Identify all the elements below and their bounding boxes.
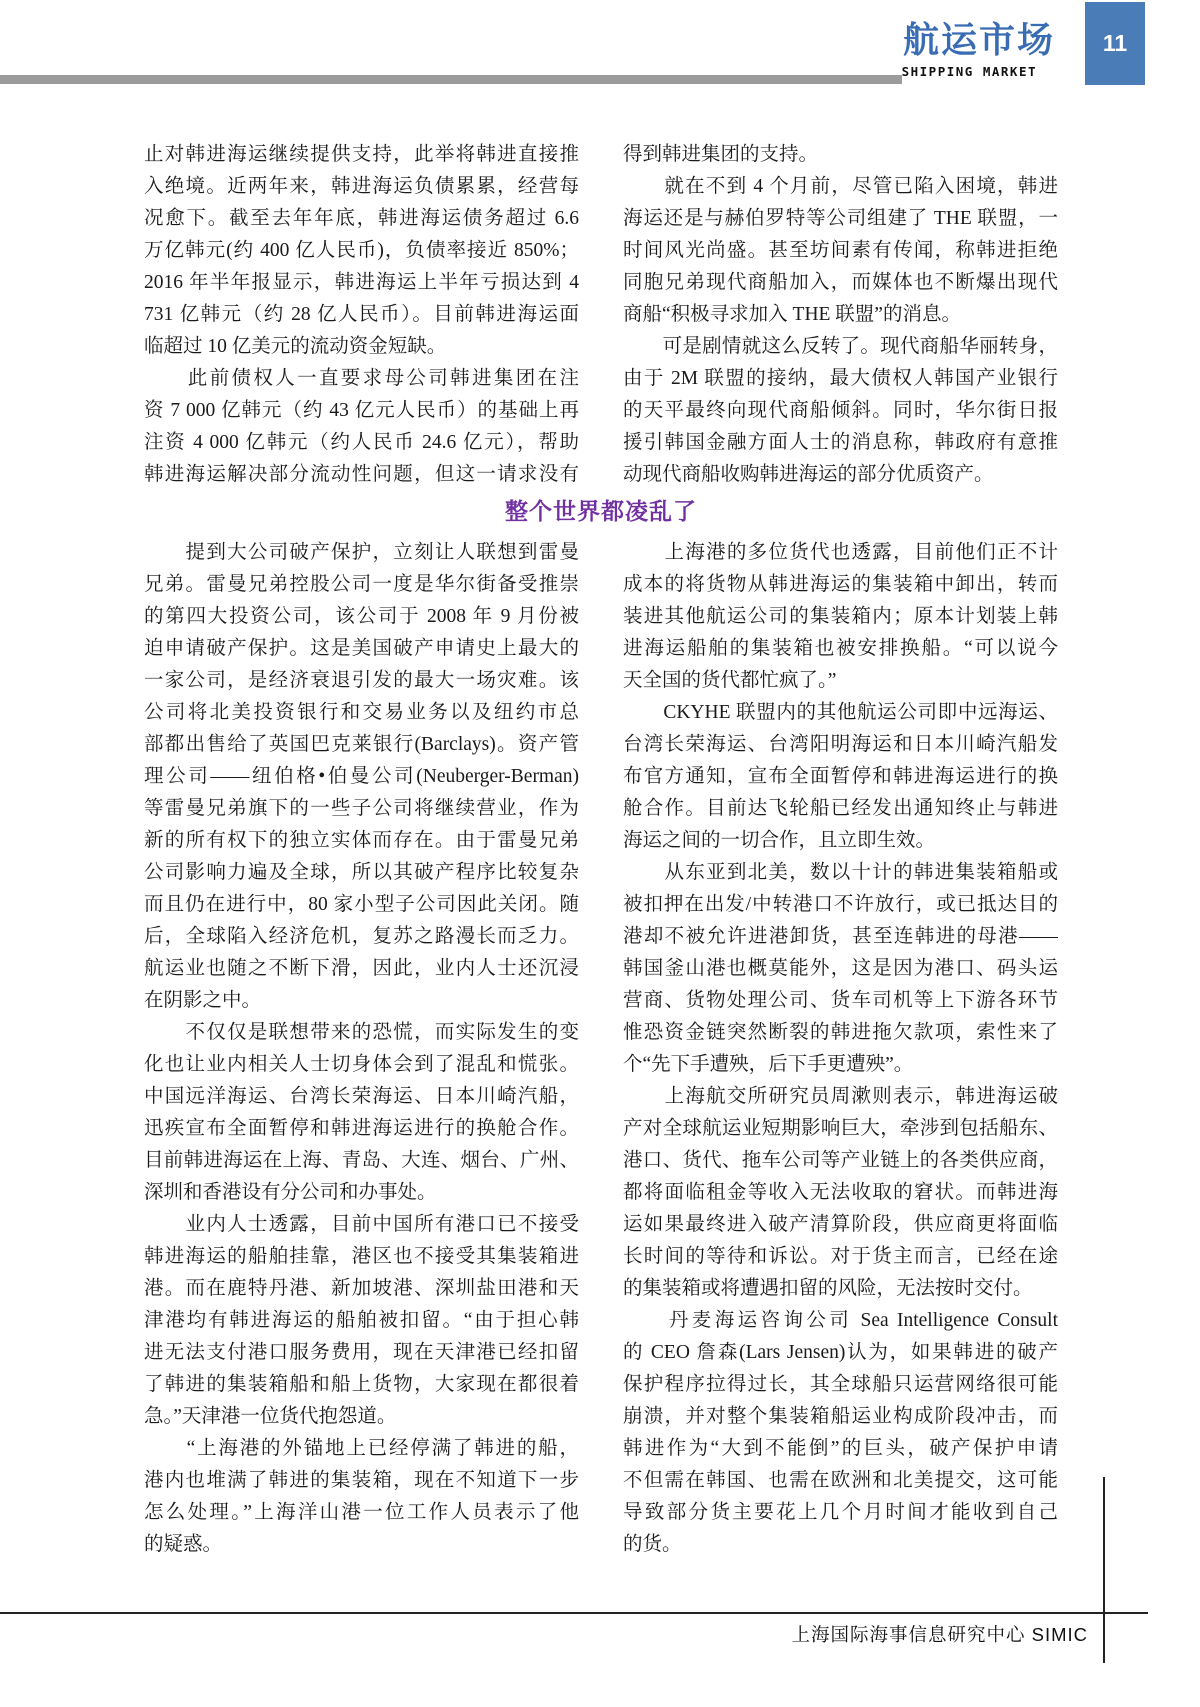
text-line: 提到大公司破产保护，立刻让人联想到雷曼 xyxy=(144,537,579,569)
text-line: 港。而在鹿特丹港、新加坡港、深圳盐田港和天 xyxy=(144,1273,579,1305)
page-number-badge: 11 xyxy=(1085,2,1145,85)
text-line: CKYHE 联盟内的其他航运公司即中远海运、 xyxy=(623,697,1058,729)
page-section-subtitle: SHIPPING MARKET xyxy=(902,64,1037,79)
text-line: 运如果最终进入破产清算阶段，供应商更将面临 xyxy=(623,1209,1058,1241)
text-line: 保护程序拉得过长，其全球船只运营网络很可能 xyxy=(623,1369,1058,1401)
text-line: 上海港的多位货代也透露，目前他们正不计 xyxy=(623,537,1058,569)
text-line: 个“先下手遭殃，后下手更遭殃”。 xyxy=(623,1049,1058,1081)
text-line: 而且仍在进行中，80 家小型子公司因此关闭。随 xyxy=(144,889,579,921)
text-line: 就在不到 4 个月前，尽管已陷入困境，韩进 xyxy=(623,171,1058,203)
text-line: 产对全球航运业短期影响巨大，牵涉到包括船东、 xyxy=(623,1113,1058,1145)
text-line: 海运还是与赫伯罗特等公司组建了 THE 联盟，一 xyxy=(623,203,1058,235)
text-line: 迅疾宣布全面暂停和韩进海运进行的换舱合作。 xyxy=(144,1113,579,1145)
text-line: 都将面临租金等收入无法收取的窘状。而韩进海 xyxy=(623,1177,1058,1209)
text-line: 等雷曼兄弟旗下的一些子公司将继续营业，作为 xyxy=(144,793,579,825)
text-line: 了韩进的集装箱船和船上货物，大家现在都很着 xyxy=(144,1369,579,1401)
text-line: 韩进海运的船舶挂靠，港区也不接受其集装箱进 xyxy=(144,1241,579,1273)
text-line: 商船“积极寻求加入 THE 联盟”的消息。 xyxy=(623,299,1058,331)
text-line: 营商、货物处理公司、货车司机等上下游各环节 xyxy=(623,985,1058,1017)
text-line: 由于 2M 联盟的接纳，最大债权人韩国产业银行 xyxy=(623,363,1058,395)
text-line: 的 CEO 詹森(Lars Jensen)认为，如果韩进的破产 xyxy=(623,1337,1058,1369)
section-heading: 整个世界都凌乱了 xyxy=(144,491,1058,531)
text-line: 的货。 xyxy=(623,1529,1058,1561)
text-line: 长时间的等待和诉讼。对于货主而言，已经在途 xyxy=(623,1241,1058,1273)
text-line: 临超过 10 亿美元的流动资金短缺。 xyxy=(144,331,579,363)
text-line: 港口、货代、拖车公司等产业链上的各类供应商， xyxy=(623,1145,1058,1177)
text-line: 公司将北美投资银行和交易业务以及纽约市总 xyxy=(144,697,579,729)
text-line: 天全国的货代都忙疯了。” xyxy=(623,665,1058,697)
text-line: 中国远洋海运、台湾长荣海运、日本川崎汽船， xyxy=(144,1081,579,1113)
text-line: 丹麦海运咨询公司 Sea Intelligence Consult xyxy=(623,1305,1058,1337)
text-line: 的疑惑。 xyxy=(144,1529,579,1561)
text-line: 海运之间的一切合作，且立即生效。 xyxy=(623,825,1058,857)
article-section-2: 提到大公司破产保护，立刻让人联想到雷曼兄弟。雷曼兄弟控股公司一度是华尔街备受推崇… xyxy=(144,537,1058,1561)
text-line: 韩进海运解决部分流动性问题，但这一请求没有 xyxy=(144,459,579,491)
text-line: 此前债权人一直要求母公司韩进集团在注 xyxy=(144,363,579,395)
text-line: 上海航交所研究员周漱则表示，韩进海运破 xyxy=(623,1081,1058,1113)
text-line: 业内人士透露，目前中国所有港口已不接受 xyxy=(144,1209,579,1241)
section1-left-column: 止对韩进海运继续提供支持，此举将韩进直接推入绝境。近两年来，韩进海运负债累累，经… xyxy=(144,139,579,491)
text-line: 况愈下。截至去年年底，韩进海运债务超过 6.6 xyxy=(144,203,579,235)
text-line: 崩溃，并对整个集装箱船运业构成阶段冲击，而 xyxy=(623,1401,1058,1433)
footer-horizontal-rule xyxy=(0,1612,1148,1614)
text-line: 急。”天津港一位货代抱怨道。 xyxy=(144,1401,579,1433)
text-line: 援引韩国金融方面人士的消息称，韩政府有意推 xyxy=(623,427,1058,459)
page-section-title: 航运市场 xyxy=(903,18,1055,61)
text-line: 从东亚到北美，数以十计的韩进集装箱船或 xyxy=(623,857,1058,889)
text-line: 的第四大投资公司，该公司于 2008 年 9 月份被 xyxy=(144,601,579,633)
text-line: 兄弟。雷曼兄弟控股公司一度是华尔街备受推崇 xyxy=(144,569,579,601)
text-line: 资 7 000 亿韩元（约 43 亿元人民币）的基础上再 xyxy=(144,395,579,427)
text-line: 舱合作。目前达飞轮船已经发出通知终止与韩进 xyxy=(623,793,1058,825)
text-line: 一家公司，是经济衰退引发的最大一场灾难。该 xyxy=(144,665,579,697)
text-line: 津港均有韩进海运的船舶被扣留。“由于担心韩 xyxy=(144,1305,579,1337)
text-line: 迫申请破产保护。这是美国破产申请史上最大的 xyxy=(144,633,579,665)
text-line: 化也让业内相关人士切身体会到了混乱和慌张。 xyxy=(144,1049,579,1081)
text-line: 时间风光尚盛。甚至坊间素有传闻，称韩进拒绝 xyxy=(623,235,1058,267)
text-line: 万亿韩元(约 400 亿人民币)，负债率接近 850%； xyxy=(144,235,579,267)
text-line: 得到韩进集团的支持。 xyxy=(623,139,1058,171)
text-line: 不但需在韩国、也需在欧洲和北美提交，这可能 xyxy=(623,1465,1058,1497)
text-line: 装进其他航运公司的集装箱内；原本计划装上韩 xyxy=(623,601,1058,633)
text-line: 不仅仅是联想带来的恐慌，而实际发生的变 xyxy=(144,1017,579,1049)
text-line: 入绝境。近两年来，韩进海运负债累累，经营每 xyxy=(144,171,579,203)
text-line: 动现代商船收购韩进海运的部分优质资产。 xyxy=(623,459,1058,491)
text-line: “上海港的外锚地上已经停满了韩进的船， xyxy=(144,1433,579,1465)
text-line: 的天平最终向现代商船倾斜。同时，华尔街日报 xyxy=(623,395,1058,427)
text-line: 在阴影之中。 xyxy=(144,985,579,1017)
text-line: 港却不被允许进港卸货，甚至连韩进的母港—— xyxy=(623,921,1058,953)
text-line: 进海运船舶的集装箱也被安排换船。“可以说今 xyxy=(623,633,1058,665)
text-line: 后，全球陷入经济危机，复苏之路漫长而乏力。 xyxy=(144,921,579,953)
section2-right-column: 上海港的多位货代也透露，目前他们正不计成本的将货物从韩进海运的集装箱中卸出，转而… xyxy=(623,537,1058,1561)
text-line: 理公司——纽伯格•伯曼公司(Neuberger-Berman) xyxy=(144,761,579,793)
text-line: 同胞兄弟现代商船加入，而媒体也不断爆出现代 xyxy=(623,267,1058,299)
text-line: 注资 4 000 亿韩元（约人民币 24.6 亿元），帮助 xyxy=(144,427,579,459)
text-line: 公司影响力遍及全球，所以其破产程序比较复杂 xyxy=(144,857,579,889)
text-line: 部都出售给了英国巴克莱银行(Barclays)。资产管 xyxy=(144,729,579,761)
text-line: 港内也堆满了韩进的集装箱，现在不知道下一步 xyxy=(144,1465,579,1497)
text-line: 的集装箱或将遭遇扣留的风险，无法按时交付。 xyxy=(623,1273,1058,1305)
text-line: 目前韩进海运在上海、青岛、大连、烟台、广州、 xyxy=(144,1145,579,1177)
footer-vertical-rule xyxy=(1103,1477,1105,1663)
text-line: 惟恐资金链突然断裂的韩进拖欠款项，索性来了 xyxy=(623,1017,1058,1049)
text-line: 2016 年半年报显示，韩进海运上半年亏损达到 4 xyxy=(144,267,579,299)
text-line: 布官方通知，宣布全面暂停和韩进海运进行的换 xyxy=(623,761,1058,793)
header-rule-bar xyxy=(0,75,902,84)
article-section-1: 止对韩进海运继续提供支持，此举将韩进直接推入绝境。近两年来，韩进海运负债累累，经… xyxy=(144,139,1058,491)
text-line: 新的所有权下的独立实体而存在。由于雷曼兄弟 xyxy=(144,825,579,857)
article-body: 止对韩进海运继续提供支持，此举将韩进直接推入绝境。近两年来，韩进海运负债累累，经… xyxy=(144,139,1058,1561)
section2-left-column: 提到大公司破产保护，立刻让人联想到雷曼兄弟。雷曼兄弟控股公司一度是华尔街备受推崇… xyxy=(144,537,579,1561)
text-line: 深圳和香港设有分公司和办事处。 xyxy=(144,1177,579,1209)
text-line: 成本的将货物从韩进海运的集装箱中卸出，转而 xyxy=(623,569,1058,601)
text-line: 进无法支付港口服务费用，现在天津港已经扣留 xyxy=(144,1337,579,1369)
text-line: 怎么处理。”上海洋山港一位工作人员表示了他 xyxy=(144,1497,579,1529)
text-line: 韩国釜山港也概莫能外，这是因为港口、码头运 xyxy=(623,953,1058,985)
text-line: 731 亿韩元（约 28 亿人民币）。目前韩进海运面 xyxy=(144,299,579,331)
text-line: 台湾长荣海运、台湾阳明海运和日本川崎汽船发 xyxy=(623,729,1058,761)
section1-right-column: 得到韩进集团的支持。 就在不到 4 个月前，尽管已陷入困境，韩进海运还是与赫伯罗… xyxy=(623,139,1058,491)
text-line: 航运业也随之不断下滑，因此，业内人士还沉浸 xyxy=(144,953,579,985)
text-line: 韩进作为“大到不能倒”的巨头，破产保护申请 xyxy=(623,1433,1058,1465)
magazine-page: 航运市场 SHIPPING MARKET 11 止对韩进海运继续提供支持，此举将… xyxy=(0,0,1200,1707)
text-line: 导致部分货主要花上几个月时间才能收到自己 xyxy=(623,1497,1058,1529)
footer-publisher: 上海国际海事信息研究中心 SIMIC xyxy=(791,1621,1088,1647)
text-line: 可是剧情就这么反转了。现代商船华丽转身， xyxy=(623,331,1058,363)
text-line: 被扣押在出发/中转港口不许放行，或已抵达目的 xyxy=(623,889,1058,921)
text-line: 止对韩进海运继续提供支持，此举将韩进直接推 xyxy=(144,139,579,171)
